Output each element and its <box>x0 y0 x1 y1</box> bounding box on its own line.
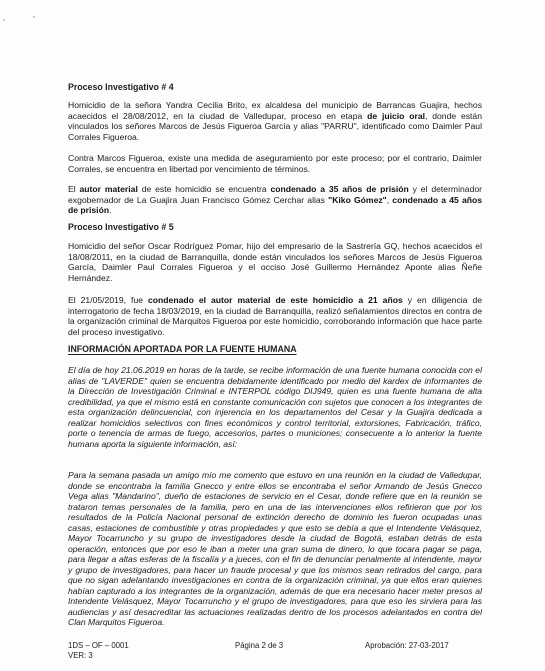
body-text: El 21/05/2019, fue <box>68 295 148 305</box>
body-text: Contra Marcos Figueroa, existe una medid… <box>68 153 482 174</box>
footer-approval-date: Aprobación: 27-03-2017 <box>365 641 449 651</box>
section-heading-fuente-humana: INFORMACIÓN APORTADA POR LA FUENTE HUMAN… <box>68 344 297 354</box>
body-text: El <box>68 184 80 194</box>
footer-document-code: 1DS – OF – 0001 VER: 3 <box>68 641 129 660</box>
footer-version: VER: 3 <box>68 651 129 661</box>
body-text: Homicidio del señor Oscar Rodríguez Poma… <box>68 241 482 283</box>
body-text: . <box>109 205 111 215</box>
body-text: de este homicidio se encuentra <box>138 184 271 194</box>
body-text: Para la semana pasada un amigo mío me co… <box>68 470 482 627</box>
paragraph-fuente-laverde: El día de hoy 21.06.2019 en horas de la … <box>68 365 482 449</box>
paragraph-condena-21-anos: El 21/05/2019, fue condenado el autor ma… <box>68 295 482 337</box>
paragraph-autor-material-condena: El autor material de este homicidio se e… <box>68 184 482 216</box>
paragraph-homicidio-oscar: Homicidio del señor Oscar Rodríguez Poma… <box>68 241 482 283</box>
scan-speck <box>33 16 35 18</box>
footer-code: 1DS – OF – 0001 <box>68 641 129 651</box>
section-heading-proceso-4: Proceso Investigativo # 4 <box>68 82 174 92</box>
footer-page-number: Página 2 de 3 <box>235 641 283 651</box>
paragraph-medida-aseguramiento: Contra Marcos Figueroa, existe una medid… <box>68 153 482 174</box>
body-text: . <box>137 132 139 142</box>
emphasized-text: de juicio oral <box>367 111 425 121</box>
emphasized-text: condenado a 35 años de prisión <box>270 184 408 194</box>
emphasized-text: condenado el autor material de este homi… <box>148 295 403 305</box>
body-text: El día de hoy 21.06.2019 en horas de la … <box>68 365 482 449</box>
paragraph-homicidio-yandra: Homicidio de la señora Yandra Cecilia Br… <box>68 100 482 142</box>
emphasized-text: "Kiko Gómez" <box>328 195 387 205</box>
paragraph-reunion-valledupar: Para la semana pasada un amigo mío me co… <box>68 470 482 628</box>
document-page: Proceso Investigativo # 4 Homicidio de l… <box>0 0 545 671</box>
emphasized-text: autor material <box>80 184 138 194</box>
scan-speck <box>3 19 5 21</box>
section-heading-proceso-5: Proceso Investigativo # 5 <box>68 222 174 232</box>
